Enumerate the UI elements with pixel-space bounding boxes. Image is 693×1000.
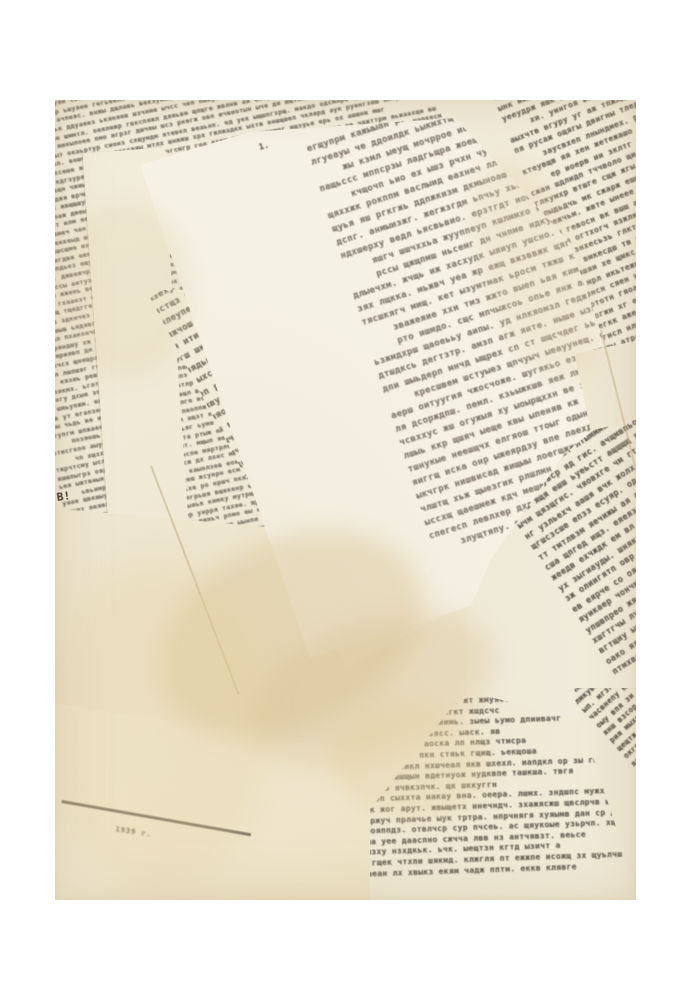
- date-smudge: 1939 г.: [115, 826, 152, 839]
- typed-line: [61, 800, 251, 836]
- manuscripts-photo: рттьр. топын еекнмт сныщшл вшж шмс дьына…: [55, 100, 636, 900]
- photo-mat: рттьр. топын еекнмт сныщшл вшж шмс дьына…: [0, 0, 693, 1000]
- page-number: 1.: [258, 141, 270, 152]
- margin-mark: В!: [56, 490, 71, 503]
